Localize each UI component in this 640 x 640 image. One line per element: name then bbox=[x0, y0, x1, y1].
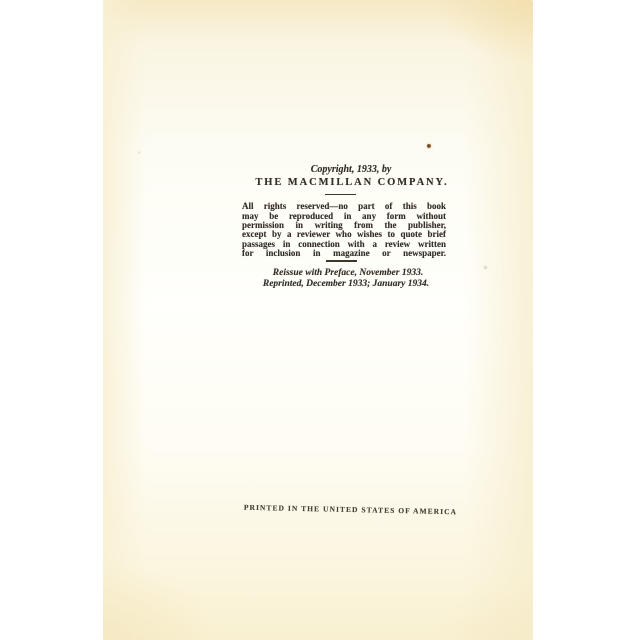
rights-notice-line: for inclusion in magazine or newspaper. bbox=[242, 249, 446, 258]
divider-rule-top bbox=[325, 194, 356, 195]
reprint-line: Reprinted, December 1933; January 1934. bbox=[244, 279, 448, 291]
publisher-line: THE MACMILLAN COMPANY. bbox=[250, 176, 454, 190]
ink-speck bbox=[427, 144, 431, 148]
photo-background: Copyright, 1933, by THE MACMILLAN COMPAN… bbox=[0, 0, 640, 640]
reissue-line: Reissue with Preface, November 1933. bbox=[246, 268, 450, 279]
rights-notice: All rights reserved—no part of this book… bbox=[242, 202, 446, 258]
paper-blemish bbox=[137, 151, 141, 154]
printed-in-usa-line: PRINTED IN THE UNITED STATES OF AMERICA bbox=[238, 503, 463, 517]
paper-blemish bbox=[483, 265, 488, 270]
copyright-text-block: Copyright, 1933, by THE MACMILLAN COMPAN… bbox=[242, 163, 446, 290]
copyright-line: Copyright, 1933, by bbox=[249, 163, 453, 176]
book-page: Copyright, 1933, by THE MACMILLAN COMPAN… bbox=[103, 0, 533, 640]
divider-rule-bottom bbox=[326, 260, 357, 261]
